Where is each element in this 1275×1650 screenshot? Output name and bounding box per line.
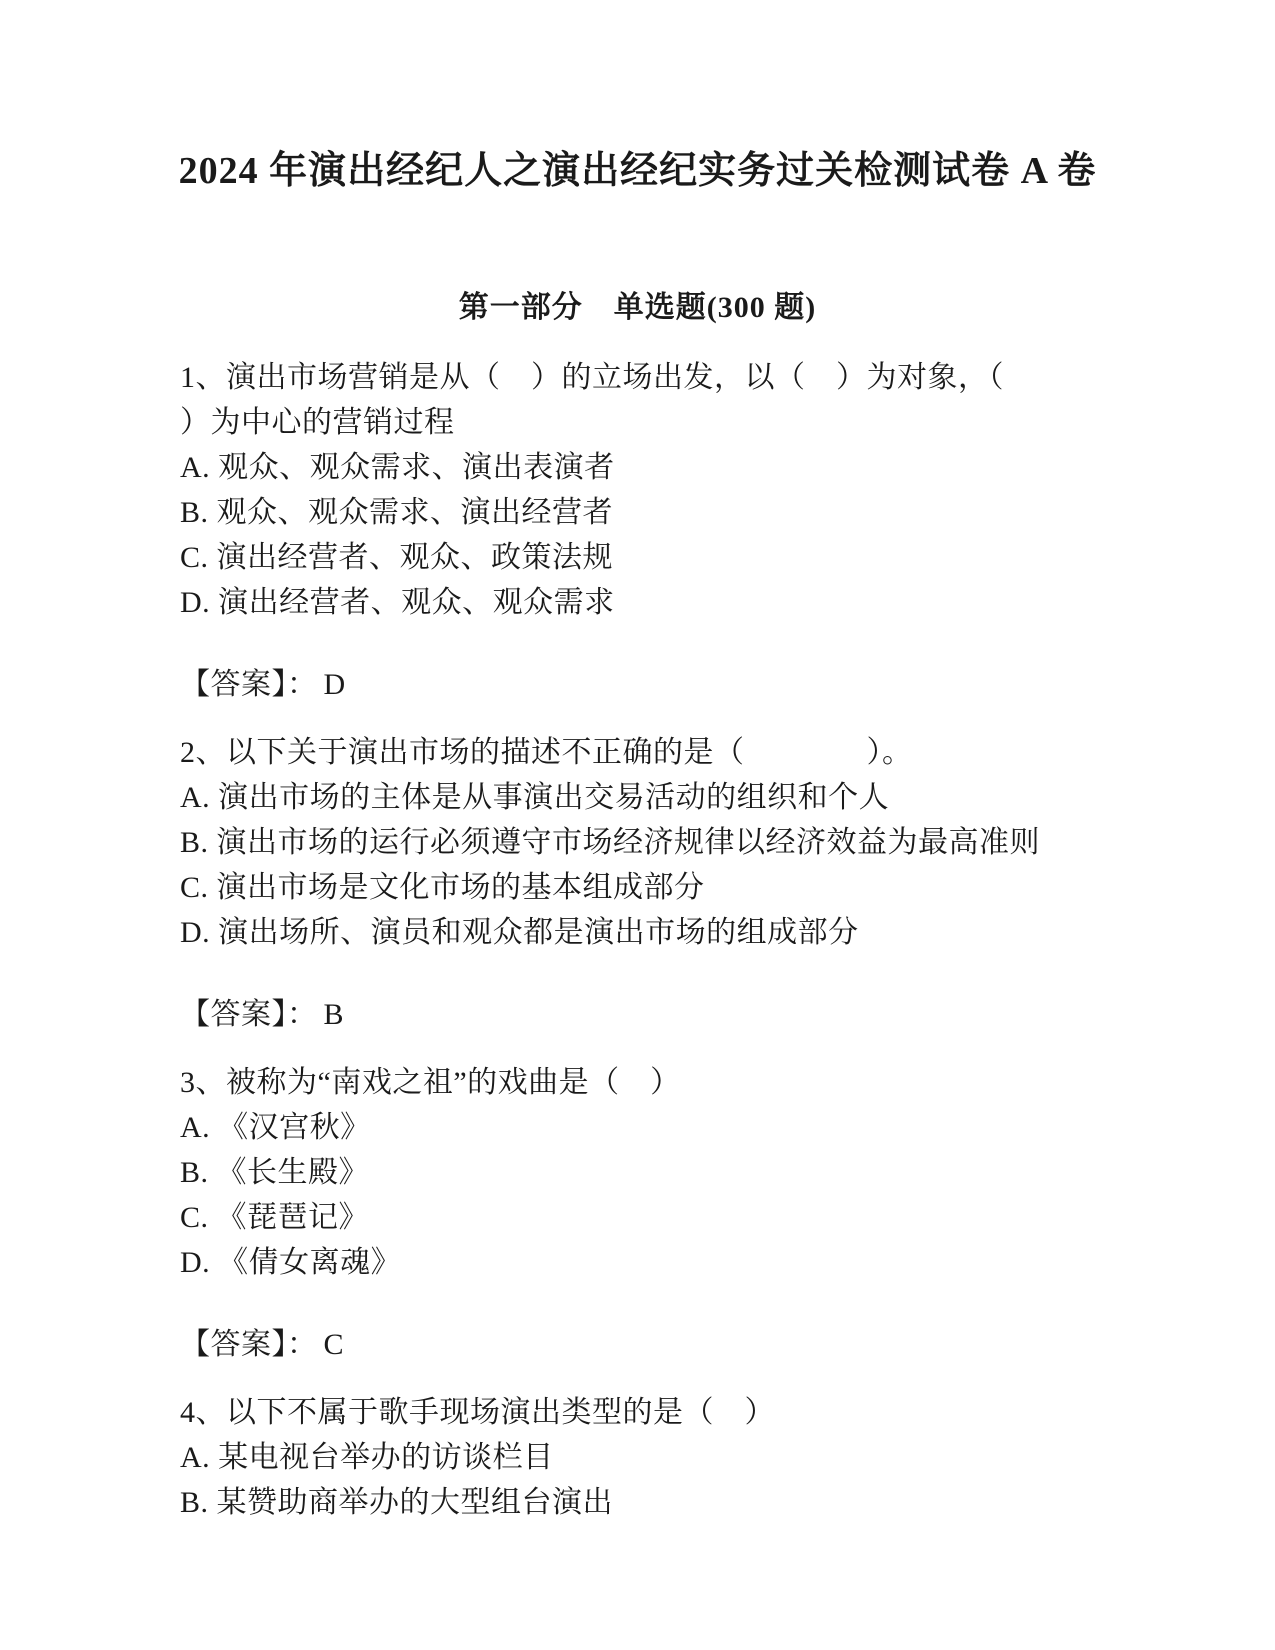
- question-1-text-line-2: ）为中心的营销过程: [180, 400, 1135, 445]
- answer-value: C: [318, 1328, 345, 1361]
- question-1-option-a: A. 观众、观众需求、演出表演者: [180, 445, 1135, 490]
- answer-value: B: [318, 998, 345, 1031]
- question-4-option-b: B. 某赞助商举办的大型组台演出: [180, 1480, 1135, 1525]
- question-2-option-b: B. 演出市场的运行必须遵守市场经济规律以经济效益为最高准则: [180, 820, 1135, 865]
- question-1-option-d: D. 演出经营者、观众、观众需求: [180, 580, 1135, 625]
- questions-area: 1、演出市场营销是从（ ）的立场出发，以（ ）为对象，（ ）为中心的营销过程 A…: [0, 355, 1275, 1525]
- question-3-option-a: A. 《汉宫秋》: [180, 1105, 1135, 1150]
- question-4: 4、以下不属于歌手现场演出类型的是（ ） A. 某电视台举办的访谈栏目 B. 某…: [180, 1390, 1135, 1525]
- answer-prefix: 【答案】：: [180, 998, 318, 1031]
- question-3-text-line-1: 3、被称为“南戏之祖”的戏曲是（ ）: [180, 1060, 1135, 1105]
- question-2-option-a: A. 演出市场的主体是从事演出交易活动的组织和个人: [180, 775, 1135, 820]
- question-2-option-c: C. 演出市场是文化市场的基本组成部分: [180, 865, 1135, 910]
- section-header: 第一部分 单选题(300 题): [0, 289, 1275, 327]
- exam-page: 2024 年演出经纪人之演出经纪实务过关检测试卷 A 卷 第一部分 单选题(30…: [0, 0, 1275, 1650]
- question-3-option-c: C. 《琵琶记》: [180, 1195, 1135, 1240]
- question-1-option-c: C. 演出经营者、观众、政策法规: [180, 535, 1135, 580]
- question-1-answer-line: 【答案】：D: [180, 662, 1135, 707]
- question-2-answer-line: 【答案】：B: [180, 992, 1135, 1037]
- answer-value: D: [318, 668, 346, 701]
- question-3-option-d: D. 《倩女离魂》: [180, 1240, 1135, 1285]
- question-3-option-b: B. 《长生殿》: [180, 1150, 1135, 1195]
- answer-prefix: 【答案】：: [180, 668, 318, 701]
- question-1: 1、演出市场营销是从（ ）的立场出发，以（ ）为对象，（ ）为中心的营销过程 A…: [180, 355, 1135, 707]
- question-1-text-line-1: 1、演出市场营销是从（ ）的立场出发，以（ ）为对象，（: [180, 355, 1135, 400]
- question-4-text-line-1: 4、以下不属于歌手现场演出类型的是（ ）: [180, 1390, 1135, 1435]
- question-4-option-a: A. 某电视台举办的访谈栏目: [180, 1435, 1135, 1480]
- question-2: 2、以下关于演出市场的描述不正确的是（ ）。 A. 演出市场的主体是从事演出交易…: [180, 730, 1135, 1037]
- question-3: 3、被称为“南戏之祖”的戏曲是（ ） A. 《汉宫秋》 B. 《长生殿》 C. …: [180, 1060, 1135, 1367]
- answer-prefix: 【答案】：: [180, 1328, 318, 1361]
- question-1-option-b: B. 观众、观众需求、演出经营者: [180, 490, 1135, 535]
- document-title: 2024 年演出经纪人之演出经纪实务过关检测试卷 A 卷: [0, 0, 1275, 194]
- question-2-option-d: D. 演出场所、演员和观众都是演出市场的组成部分: [180, 910, 1135, 955]
- question-2-text-line-1: 2、以下关于演出市场的描述不正确的是（ ）。: [180, 730, 1135, 775]
- question-3-answer-line: 【答案】：C: [180, 1322, 1135, 1367]
